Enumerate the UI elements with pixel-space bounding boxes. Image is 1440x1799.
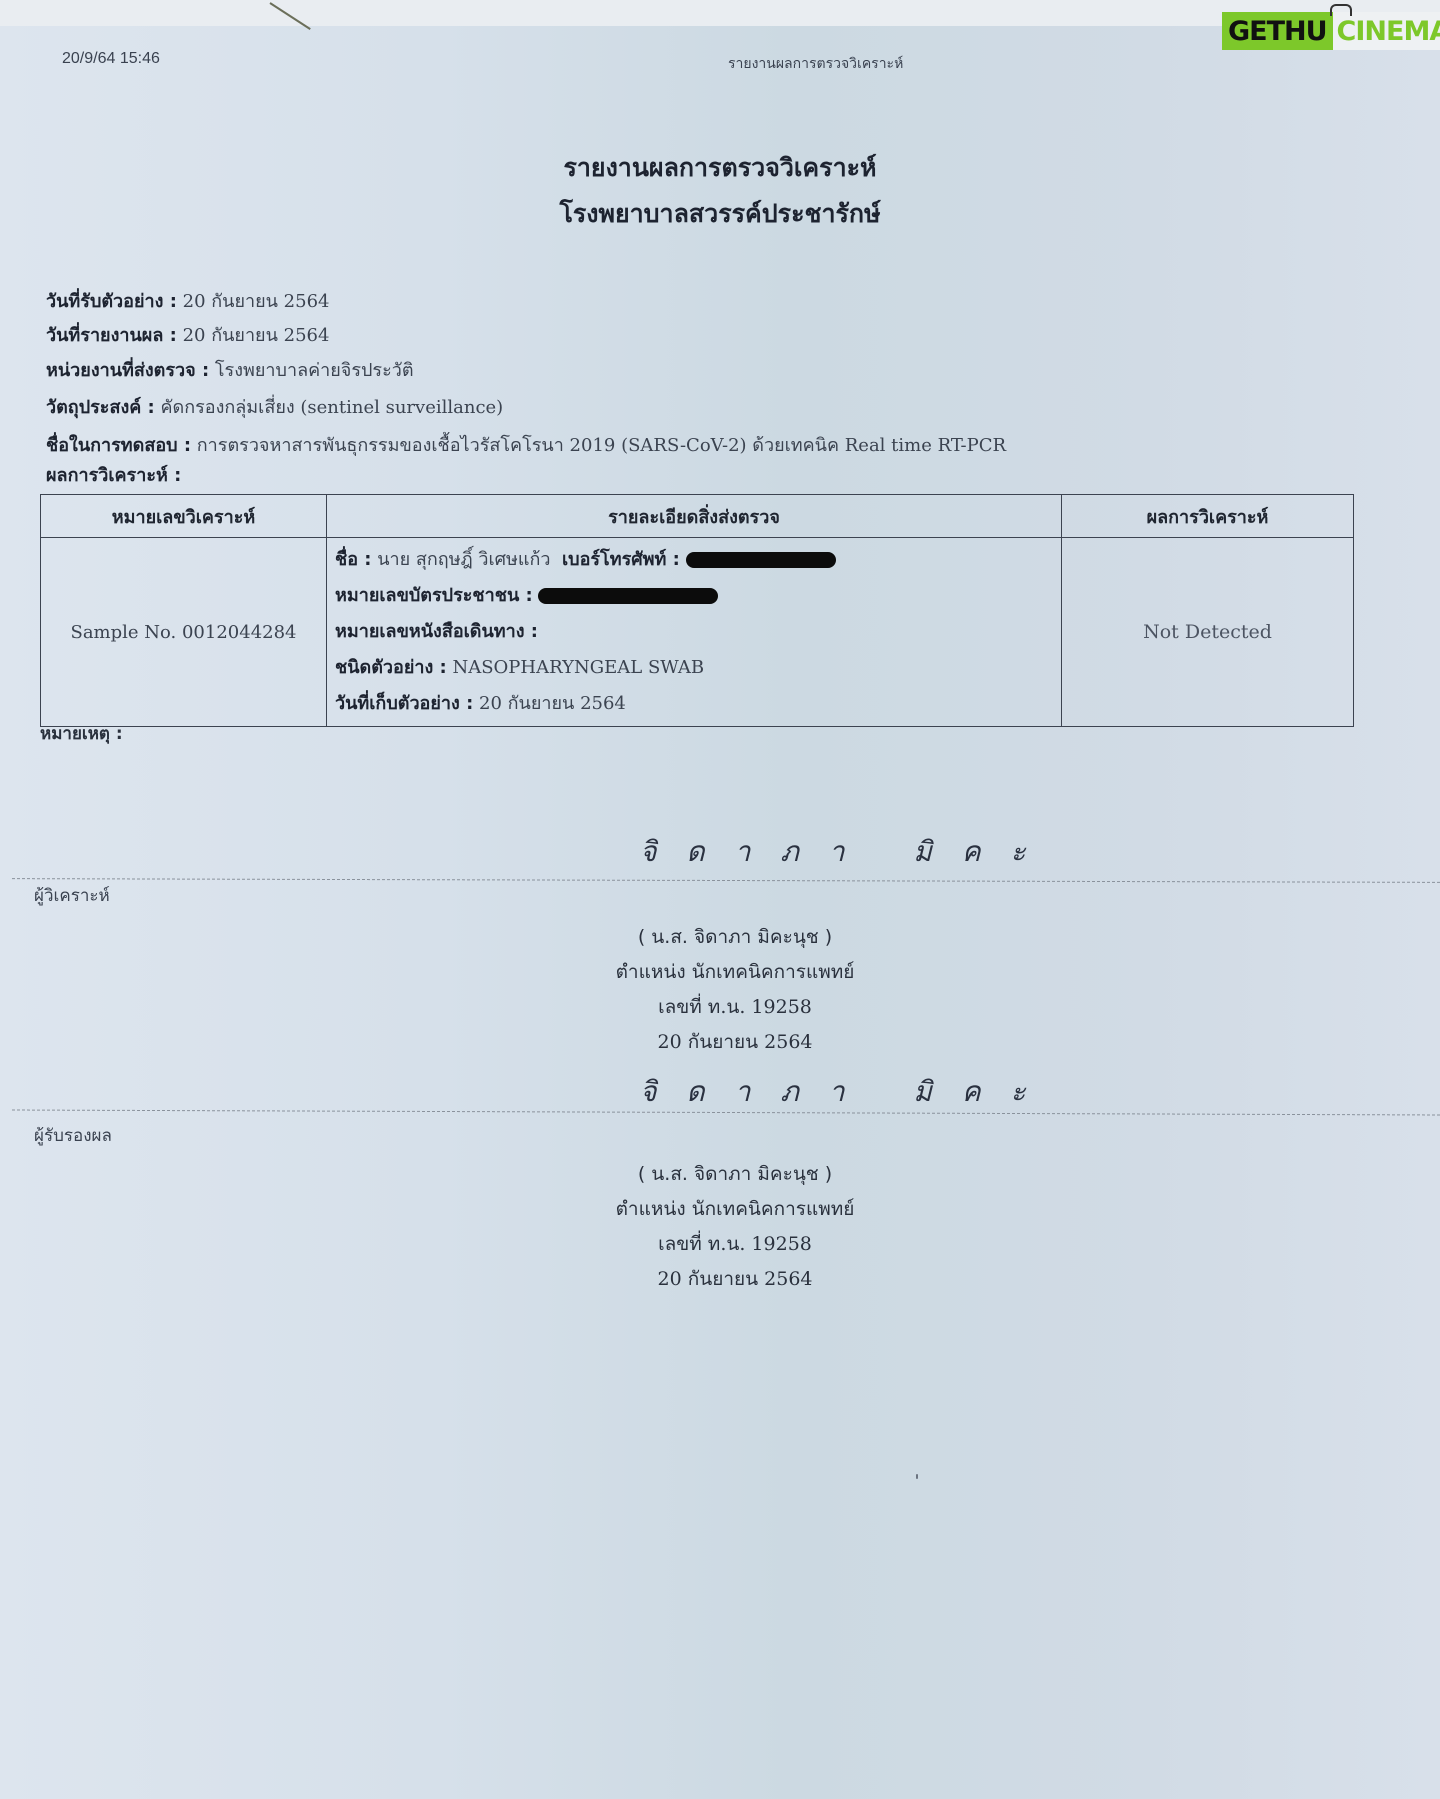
redacted-phone	[686, 552, 836, 568]
info-value: คัดกรองกลุ่มเสี่ยง (sentinel surveillanc…	[160, 397, 503, 418]
analyst-block: ( น.ส. จิดาภา มิคะนุช ) ตำแหน่ง นักเทคนิ…	[0, 920, 1440, 1060]
approver-role-label: ผู้รับรองผล	[34, 1122, 112, 1149]
camera-film-icon	[1330, 4, 1352, 16]
detail-label: หมายเลขบัตรประชาชน :	[335, 585, 533, 606]
specimen-details: ชื่อ : นาย สุกฤษฎิ์ วิเศษแก้ว เบอร์โทรศั…	[327, 538, 1062, 727]
approver-position: ตำแหน่ง นักเทคนิคการแพทย์	[0, 1192, 1440, 1227]
column-header-details: รายละเอียดสิ่งส่งตรวจ	[327, 495, 1062, 538]
detail-label: วันที่เก็บตัวอย่าง :	[335, 693, 473, 714]
watermark-logo: GETHU CINEMA	[1222, 6, 1440, 50]
detail-label: หมายเลขหนังสือเดินทาง :	[335, 621, 538, 642]
info-value: 20 กันยายน 2564	[183, 291, 330, 312]
watermark-text-part2: CINEMA	[1333, 12, 1440, 50]
print-header-title: รายงานผลการตรวจวิเคราะห์	[728, 53, 903, 75]
info-label: วันที่รับตัวอย่าง :	[46, 291, 177, 312]
info-sending-unit: หน่วยงานที่ส่งตรวจ : โรงพยาบาลค่ายจิรประ…	[46, 355, 414, 384]
detail-passport-line: หมายเลขหนังสือเดินทาง :	[335, 614, 1053, 650]
redacted-id-number	[538, 588, 718, 604]
approver-block: ( น.ส. จิดาภา มิคะนุช ) ตำแหน่ง นักเทคนิ…	[0, 1157, 1440, 1297]
detail-name-line: ชื่อ : นาย สุกฤษฎิ์ วิเศษแก้ว เบอร์โทรศั…	[335, 542, 1053, 578]
column-header-result: ผลการวิเคราะห์	[1062, 495, 1354, 538]
print-datetime: 20/9/64 15:46	[62, 50, 160, 68]
table-header-row: หมายเลขวิเคราะห์ รายละเอียดสิ่งส่งตรวจ ผ…	[41, 495, 1354, 538]
approver-date: 20 กันยายน 2564	[0, 1262, 1440, 1297]
result-table: หมายเลขวิเคราะห์ รายละเอียดสิ่งส่งตรวจ ผ…	[40, 494, 1354, 727]
analyst-role-label: ผู้วิเคราะห์	[34, 882, 110, 909]
detail-label: ชนิดตัวอย่าง :	[335, 657, 447, 678]
patient-name: นาย สุกฤษฎิ์ วิเศษแก้ว	[377, 549, 550, 570]
sample-number: Sample No. 0012044284	[41, 538, 327, 727]
approver-license: เลขที่ ท.น. 19258	[0, 1227, 1440, 1262]
analyst-license: เลขที่ ท.น. 19258	[0, 990, 1440, 1025]
detail-label: ชื่อ :	[335, 549, 372, 570]
collected-date: 20 กันยายน 2564	[479, 693, 626, 714]
paper-speck	[916, 1474, 918, 1479]
analyst-position: ตำแหน่ง นักเทคนิคการแพทย์	[0, 955, 1440, 990]
info-label: วัตถุประสงค์ :	[46, 397, 155, 418]
approver-signature: จิดาภา มิคะ	[640, 1070, 1056, 1114]
analyst-signature: จิดาภา มิคะ	[640, 830, 1056, 874]
analyst-date: 20 กันยายน 2564	[0, 1025, 1440, 1060]
report-title: รายงานผลการตรวจวิเคราะห์	[0, 148, 1440, 188]
detail-id-line: หมายเลขบัตรประชาชน :	[335, 578, 1053, 614]
remark-label: หมายเหตุ :	[40, 720, 123, 747]
detail-collected-line: วันที่เก็บตัวอย่าง : 20 กันยายน 2564	[335, 686, 1053, 722]
info-label: ชื่อในการทดสอบ :	[46, 435, 191, 456]
detail-specimen-line: ชนิดตัวอย่าง : NASOPHARYNGEAL SWAB	[335, 650, 1053, 686]
info-result-heading: ผลการวิเคราะห์ :	[46, 460, 181, 489]
hospital-name: โรงพยาบาลสวรรค์ประชารักษ์	[0, 194, 1440, 234]
info-test-name: ชื่อในการทดสอบ : การตรวจหาสารพันธุกรรมขอ…	[46, 430, 1006, 459]
info-report-date: วันที่รายงานผล : 20 กันยายน 2564	[46, 320, 329, 349]
info-objective: วัตถุประสงค์ : คัดกรองกลุ่มเสี่ยง (senti…	[46, 392, 503, 421]
info-value: 20 กันยายน 2564	[183, 325, 330, 346]
detail-label: เบอร์โทรศัพท์ :	[562, 549, 680, 570]
signature-divider	[12, 878, 1440, 883]
info-value: การตรวจหาสารพันธุกรรมของเชื้อไวรัสโคโรนา…	[197, 435, 1006, 456]
approver-name: ( น.ส. จิดาภา มิคะนุช )	[0, 1157, 1440, 1192]
info-label: หน่วยงานที่ส่งตรวจ :	[46, 360, 209, 381]
specimen-type: NASOPHARYNGEAL SWAB	[452, 657, 704, 678]
test-result: Not Detected	[1062, 538, 1354, 727]
info-received-date: วันที่รับตัวอย่าง : 20 กันยายน 2564	[46, 286, 330, 315]
column-header-sample-no: หมายเลขวิเคราะห์	[41, 495, 327, 538]
table-row: Sample No. 0012044284 ชื่อ : นาย สุกฤษฎิ…	[41, 538, 1354, 727]
info-value: โรงพยาบาลค่ายจิรประวัติ	[215, 360, 414, 381]
watermark-text-part1: GETHU	[1222, 12, 1333, 50]
info-label: ผลการวิเคราะห์ :	[46, 465, 181, 486]
analyst-name: ( น.ส. จิดาภา มิคะนุช )	[0, 920, 1440, 955]
info-label: วันที่รายงานผล :	[46, 325, 177, 346]
